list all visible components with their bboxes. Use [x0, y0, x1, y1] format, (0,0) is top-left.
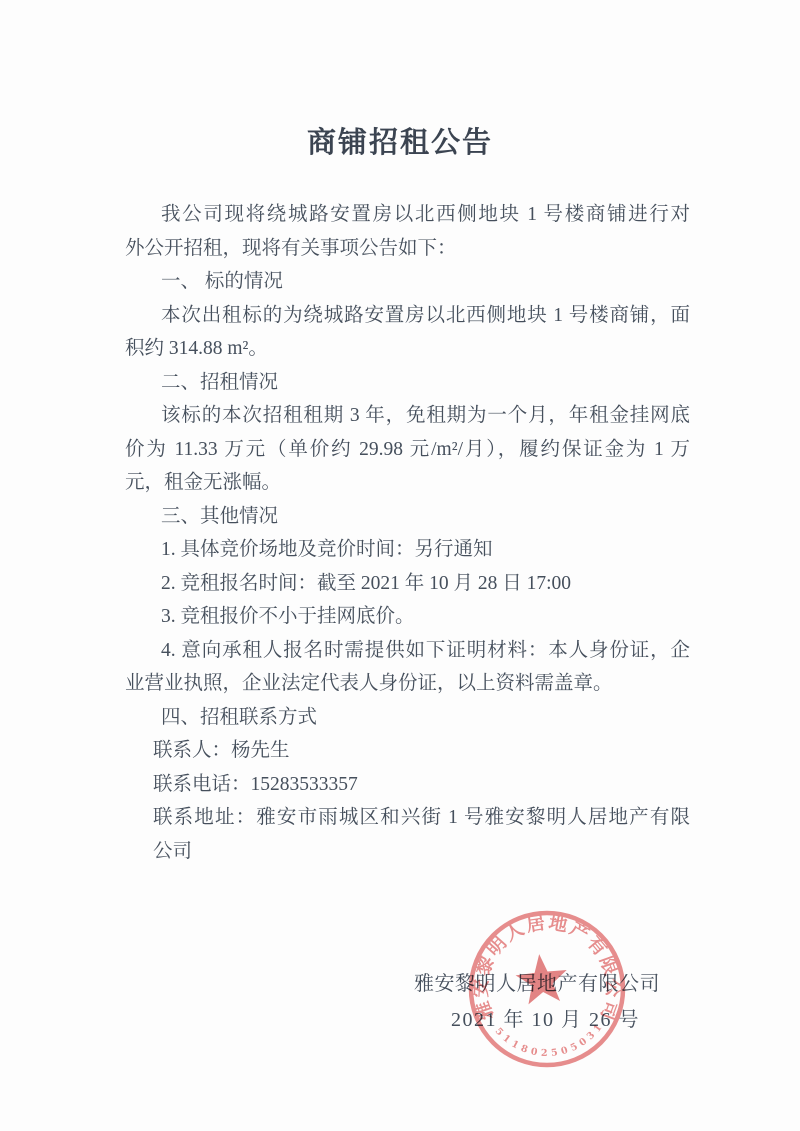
document-line: 1. 具体竞价场地及竞价时间：另行通知 [125, 533, 690, 567]
title-row: 商铺招租公告 [0, 0, 800, 162]
document-title: 商铺招租公告 [307, 124, 493, 162]
document-line: 一、 标的情况 [125, 265, 690, 299]
scanned-document-page: 商铺招租公告 我公司现将绕城路安置房以北西侧地块 1 号楼商铺进行对外公开招租，… [0, 0, 800, 1131]
signature-company-name: 雅安黎明人居地产有限公司 [414, 968, 660, 1001]
document-line: 四、招租联系方式 [125, 701, 690, 735]
document-line: 价为 11.33 万元（单价约 29.98 元/m²/月），履约保证金为 1 万 [125, 433, 690, 467]
document-line: 联系人：杨先生 [125, 734, 690, 768]
document-line: 我公司现将绕城路安置房以北西侧地块 1 号楼商铺进行对 [125, 198, 690, 232]
document-line: 外公开招租，现将有关事项公告如下： [125, 232, 690, 266]
document-line: 联系电话：15283533357 [125, 768, 690, 802]
document-line: 业营业执照，企业法定代表人身份证，以上资料需盖章。 [125, 667, 690, 701]
document-line: 二、招租情况 [125, 366, 690, 400]
signature-date: 2021 年 10 月 26 号 [451, 1004, 640, 1037]
document-line: 本次出租标的为绕城路安置房以北西侧地块 1 号楼商铺，面 [125, 299, 690, 333]
document-body: 我公司现将绕城路安置房以北西侧地块 1 号楼商铺进行对外公开招租，现将有关事项公… [125, 198, 690, 868]
document-line: 2. 竞租报名时间：截至 2021 年 10 月 28 日 17:00 [125, 567, 690, 601]
document-line: 3. 竞租报价不小于挂网底价。 [125, 600, 690, 634]
document-line: 公司 [125, 835, 690, 869]
document-line: 该标的本次招租租期 3 年，免租期为一个月，年租金挂网底 [125, 399, 690, 433]
document-line: 联系地址：雅安市雨城区和兴街 1 号雅安黎明人居地产有限 [125, 801, 690, 835]
document-line: 4. 意向承租人报名时需提供如下证明材料：本人身份证，企 [125, 634, 690, 668]
document-line: 元，租金无涨幅。 [125, 466, 690, 500]
document-line: 积约 314.88 m²。 [125, 332, 690, 366]
document-line: 三、其他情况 [125, 500, 690, 534]
